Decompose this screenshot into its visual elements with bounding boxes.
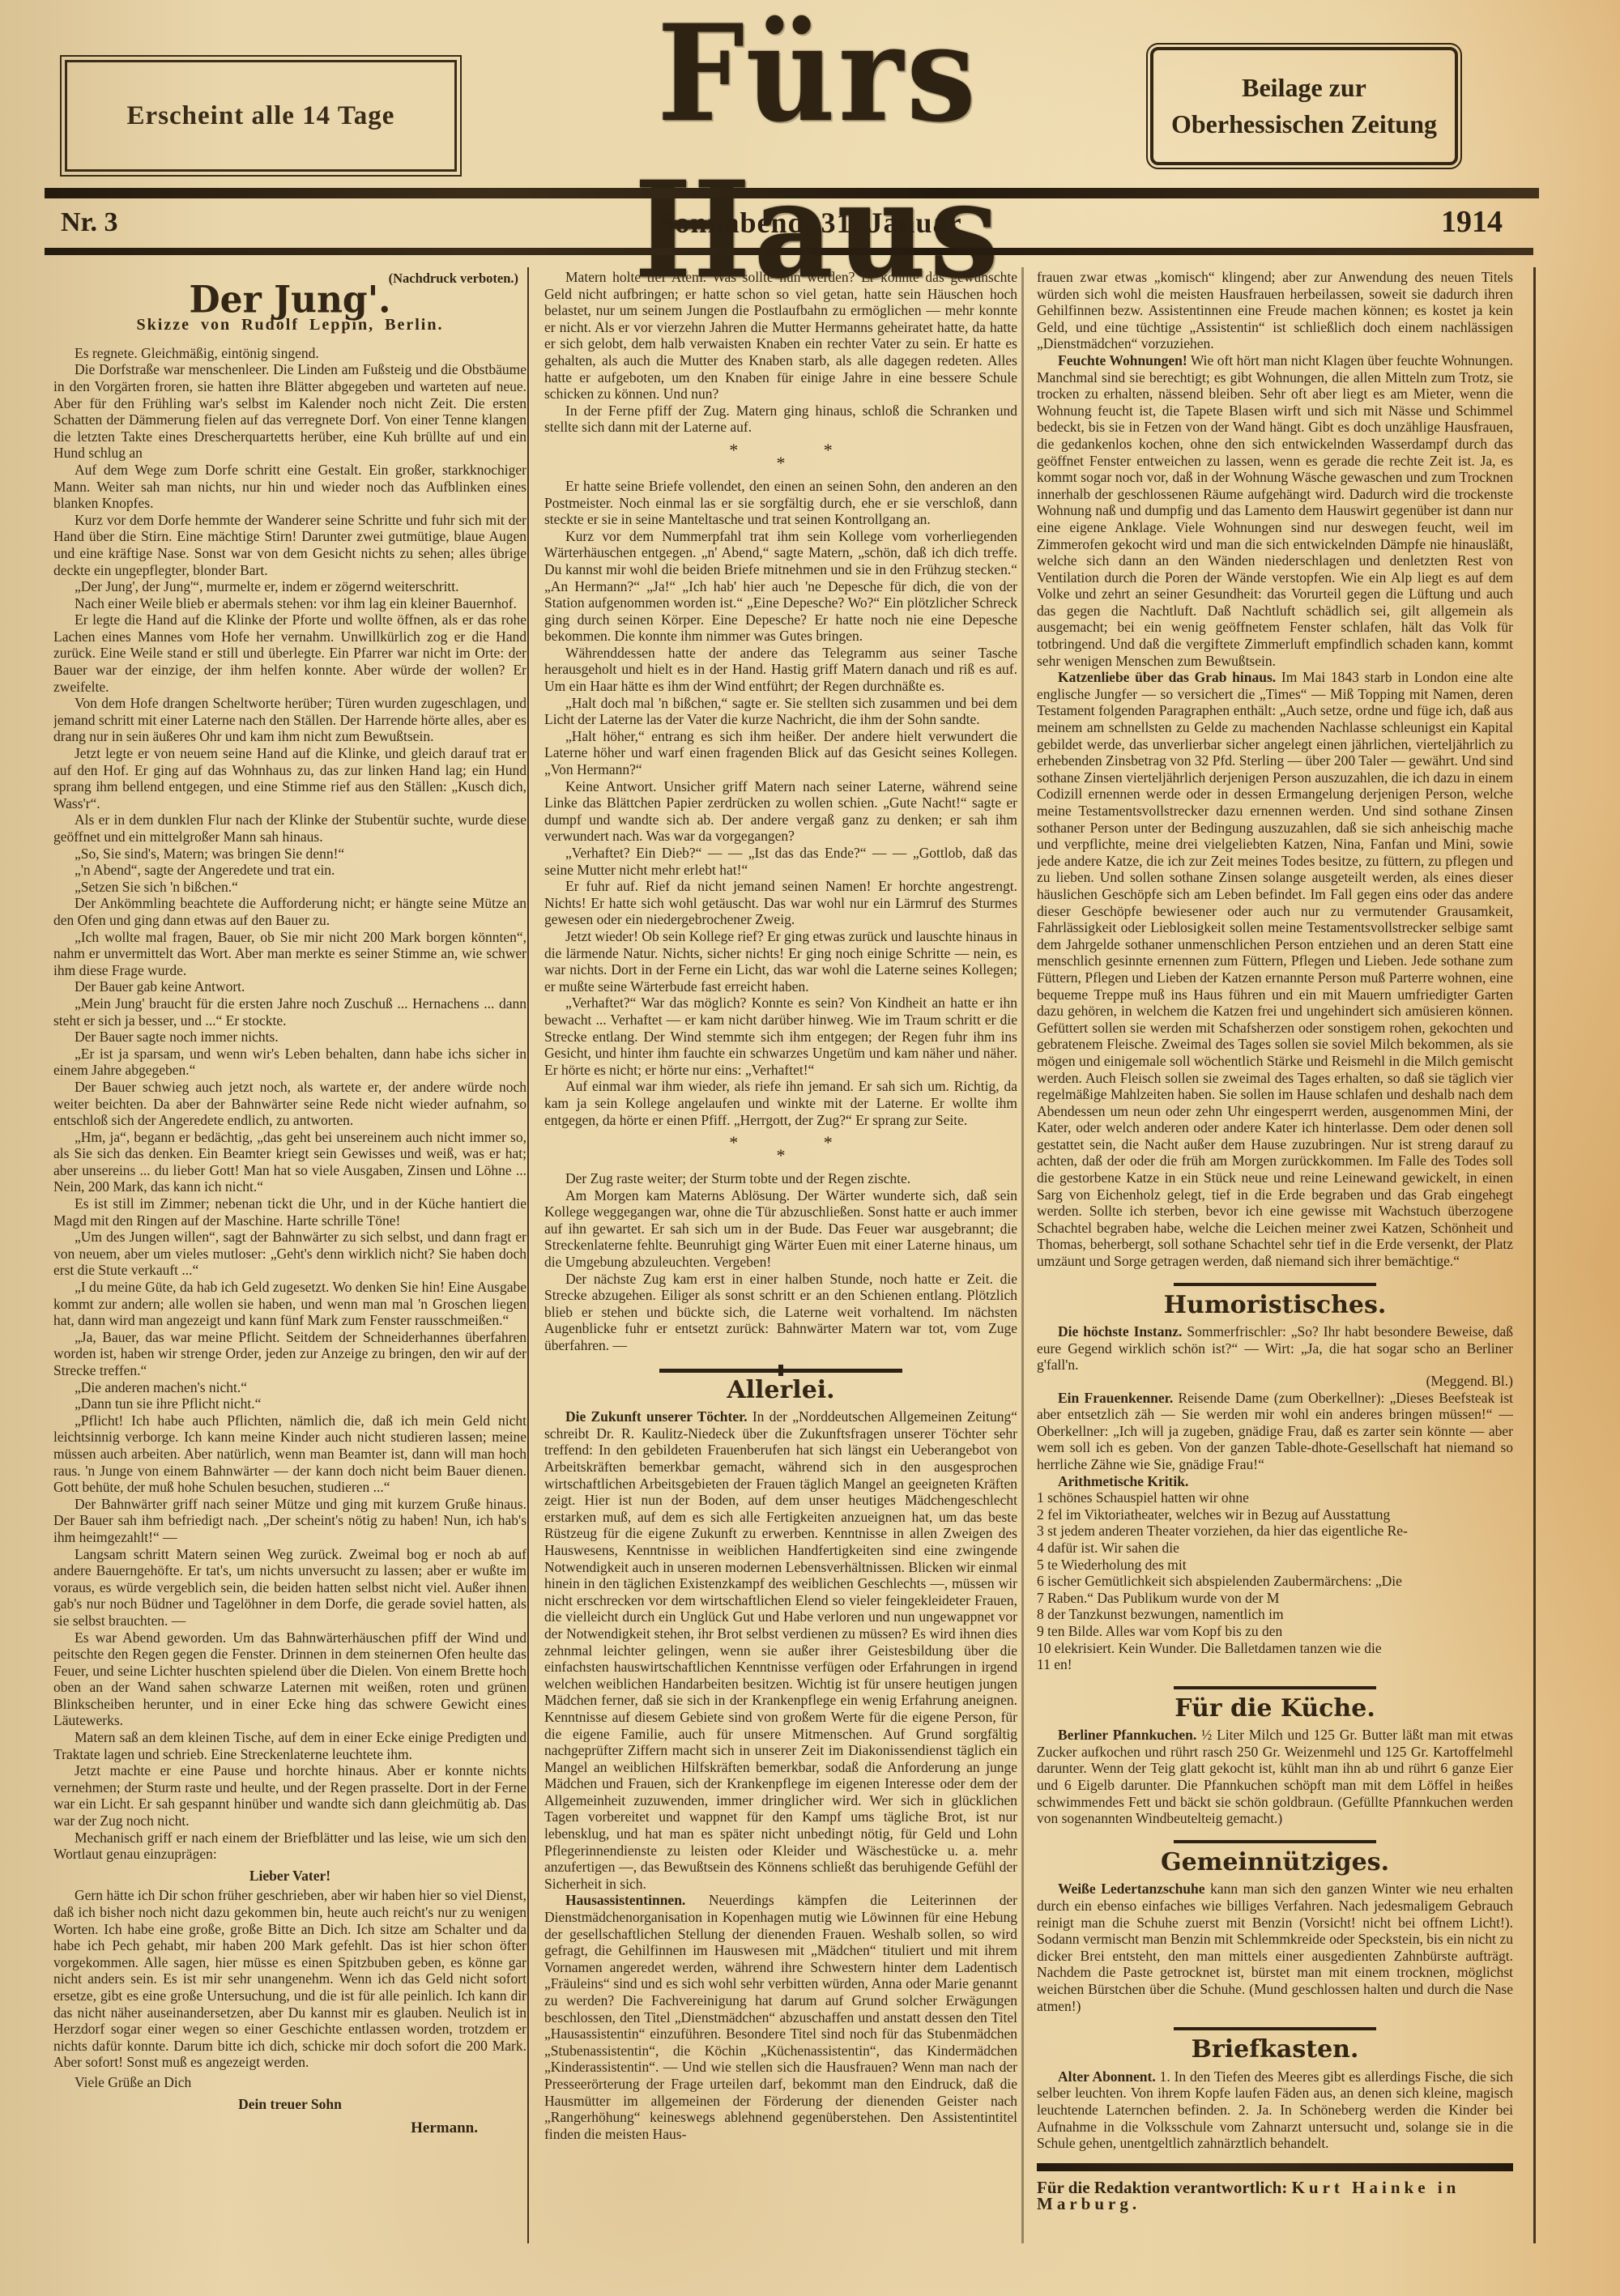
story-paragraph: Er hatte seine Briefe vollendet, den ein… <box>544 478 1017 528</box>
item-lead: Die Zukunft unserer Töchter. <box>565 1408 748 1425</box>
story-paragraph: Am Morgen kam Materns Ablösung. Der Wärt… <box>544 1187 1017 1271</box>
footer-rule <box>1037 2163 1513 2171</box>
letter-salutation: Lieber Vater! <box>53 1868 526 1885</box>
story-paragraph: Es war Abend geworden. Um das Bahnwärter… <box>53 1629 526 1730</box>
kritik-line: 7 Raben.“ Das Publikum wurde von der M <box>1037 1590 1513 1607</box>
page-title: Fürs Haus <box>454 0 1183 308</box>
story-paragraph: Der nächste Zug kam erst in einer halben… <box>544 1271 1017 1354</box>
story-paragraph: Auf einmal war ihm wieder, als riefe ihn… <box>544 1078 1017 1128</box>
asterisk-separator: * ** <box>544 1136 1017 1162</box>
kritik-line: 10 elekrisiert. Kein Wunder. Die Balletd… <box>1037 1640 1513 1657</box>
story-paragraph: Von dem Hofe drangen Scheltworte herüber… <box>53 695 526 745</box>
humor-item: Die höchste Instanz. Sommerfrischler: „S… <box>1037 1323 1513 1374</box>
story-paragraph: „Der Jung', der Jung'“, murmelte er, ind… <box>53 578 526 595</box>
story-paragraph: „'n Abend“, sagte der Angeredete und tra… <box>53 862 526 879</box>
story-paragraph: „Mein Jung' braucht für die ersten Jahre… <box>53 995 526 1029</box>
story-paragraph: Der Ankömmling beachtete die Aufforderun… <box>53 895 526 928</box>
item-text: Neuerdings kämpfen die Leiterinnen der D… <box>544 1892 1017 2141</box>
item-lead: Arithmetische Kritik. <box>1058 1473 1188 1489</box>
story-paragraph: „Er ist ja sparsam, und wenn wir's Leben… <box>53 1046 526 1079</box>
allerlei-item: Hausassistentinnen. Neuerdings kämpfen d… <box>544 1892 1017 2142</box>
kritik-line: 11 en! <box>1037 1656 1513 1673</box>
kritik-line: 8 der Tanzkunst bezwungen, namentlich im <box>1037 1606 1513 1623</box>
story-paragraph: Jetzt legte er von neuem seine Hand auf … <box>53 745 526 811</box>
kritik-line: 5 te Wiederholung des mit <box>1037 1557 1513 1574</box>
story-paragraph: Der Bauer sagte noch immer nichts. <box>53 1029 526 1046</box>
column-separator-right <box>1533 267 1536 2243</box>
masthead-rule-bottom <box>45 248 1533 255</box>
story-paragraph: Kurz vor dem Nummerpfahl trat ihm sein K… <box>544 528 1017 645</box>
allerlei-item: Katzenliebe über das Grab hinaus. Im Mai… <box>1037 669 1513 1269</box>
story-paragraph: „I du meine Güte, da hab ich Geld zugese… <box>53 1279 526 1329</box>
section-heading-humor: Humoristisches. <box>1037 1297 1513 1314</box>
mailbox-item: Alter Abonnent. 1. In den Tiefen des Mee… <box>1037 2068 1513 2152</box>
issue-date: Sonnabend, 31. Januar <box>0 206 1620 240</box>
story-paragraph: „Halt höher,“ entrang es sich ihm heißer… <box>544 728 1017 778</box>
item-text: In der „Norddeutschen Allgemeinen Zeitun… <box>544 1408 1017 1892</box>
item-lead: Berliner Pfannkuchen. <box>1058 1727 1196 1743</box>
story-paragraph: Auf dem Wege zum Dorfe schritt eine Gest… <box>53 462 526 512</box>
story-paragraph: „Verhaftet? Ein Dieb?“ — — „Ist das das … <box>544 845 1017 878</box>
column-3: frauen zwar etwas „komisch“ klingend; ab… <box>1037 269 1513 2276</box>
kritik-line: 4 dafür ist. Wir sahen die <box>1037 1540 1513 1557</box>
item-lead: Die höchste Instanz. <box>1058 1323 1182 1340</box>
item-lead: Alter Abonnent. <box>1058 2068 1156 2085</box>
story-paragraph: „Die anderen machen's nicht.“ <box>53 1379 526 1396</box>
supplement-line2: Oberhessischen Zeitung <box>1171 109 1437 139</box>
story-paragraph: Der Zug raste weiter; der Sturm tobte un… <box>544 1170 1017 1187</box>
story-paragraph: Währenddessen hatte der andere das Teleg… <box>544 645 1017 695</box>
frequency-box: Erscheint alle 14 Tage <box>65 60 457 172</box>
story-paragraph: Er fuhr auf. Rief da nicht jemand seinen… <box>544 878 1017 928</box>
story-paragraph: „Ich wollte mal fragen, Bauer, ob Sie mi… <box>53 929 526 979</box>
story-title: Der Jung'. <box>53 292 526 309</box>
item-lead: Weiße Ledertanzschuhe <box>1058 1881 1205 1897</box>
imprint: Für die Redaktion verantwortlich: Kurt H… <box>1037 2179 1513 2213</box>
attribution: (Meggend. Bl.) <box>1037 1373 1513 1390</box>
section-rule <box>1174 1840 1376 1843</box>
column-1: (Nachdruck verboten.) Der Jung'. Skizze … <box>53 269 526 2276</box>
supplement-box: Beilage zur Oberhessischen Zeitung <box>1150 47 1458 165</box>
newspaper-page: { "masthead": { "frequency_box": "Ersche… <box>0 0 1620 2296</box>
item-lead: Katzenliebe über das Grab hinaus. <box>1058 669 1276 685</box>
item-lead: Feuchte Wohnungen! <box>1058 352 1187 368</box>
humor-item: Ein Frauenkenner. Reisende Dame (zum Obe… <box>1037 1390 1513 1473</box>
supplement-line1: Beilage zur <box>1242 73 1366 103</box>
item-text: kann man sich den ganzen Winter wie neu … <box>1037 1881 1513 2013</box>
issue-year: 1914 <box>1441 204 1503 240</box>
item-lead: Ein Frauenkenner. <box>1058 1390 1173 1406</box>
section-heading-mailbox: Briefkasten. <box>1037 2042 1513 2059</box>
story-paragraph: „So, Sie sind's, Matern; was bringen Sie… <box>53 846 526 863</box>
dateline: Nr. 3 Sonnabend, 31. Januar 1914 <box>0 202 1620 243</box>
story-paragraph: „Verhaftet?“ War das möglich? Konnte es … <box>544 995 1017 1078</box>
story-paragraph: Der Bahnwärter griff nach seiner Mütze u… <box>53 1496 526 1546</box>
story-paragraph: „Halt doch mal 'n bißchen,“ sagte er. Si… <box>544 695 1017 728</box>
letter-closing: Viele Grüße an Dich <box>53 2074 526 2091</box>
letter-block: Lieber Vater! Gern hätte ich Dir schon f… <box>53 1868 526 2137</box>
column-separator-2 <box>1021 267 1024 2243</box>
story-paragraph: Die Dorfstraße war menschenleer. Die Lin… <box>53 361 526 462</box>
story-paragraph: Mechanisch griff er nach einem der Brief… <box>53 1830 526 1863</box>
section-rule <box>659 1369 902 1373</box>
column-separator-1 <box>527 267 529 2243</box>
kritik-line: 1 schönes Schauspiel hatten wir ohne <box>1037 1489 1513 1506</box>
allerlei-item: Feuchte Wohnungen! Wie oft hört man nich… <box>1037 352 1513 669</box>
allerlei-continuation: frauen zwar etwas „komisch“ klingend; ab… <box>1037 269 1513 352</box>
kritik-line: 6 ischer Gemütlichkeit sich abspielenden… <box>1037 1573 1513 1590</box>
story-paragraph: Der Bauer gab keine Antwort. <box>53 978 526 995</box>
kritik-line: 3 st jedem anderen Theater vorziehen, da… <box>1037 1523 1513 1540</box>
kritik-lead: Arithmetische Kritik. <box>1037 1473 1513 1490</box>
letter-signoff: Dein treuer Sohn <box>53 2096 526 2113</box>
section-heading-kitchen: Für die Küche. <box>1037 1701 1513 1718</box>
allerlei-item: Die Zukunft unserer Töchter. In der „Nor… <box>544 1408 1017 1892</box>
item-lead: Hausassistentinnen. <box>565 1892 685 1908</box>
section-rule <box>1174 2027 1376 2030</box>
story-paragraph: „Pflicht! Ich habe auch Pflichten, nämli… <box>53 1412 526 1496</box>
story-paragraph: Nach einer Weile blieb er abermals stehe… <box>53 595 526 612</box>
story-paragraph: „Setzen Sie sich 'n bißchen.“ <box>53 879 526 896</box>
letter-signature: Hermann. <box>53 2120 478 2137</box>
story-paragraph: „Hm, ja“, begann er bedächtig, „das geht… <box>53 1129 526 1195</box>
story-paragraph: Langsam schritt Matern seinen Weg zurück… <box>53 1546 526 1629</box>
frequency-label: Erscheint alle 14 Tage <box>127 101 395 131</box>
story-paragraph: Kurz vor dem Dorfe hemmte der Wanderer s… <box>53 512 526 578</box>
column-2: Matern holte tief Atem. Was sollte nun w… <box>544 269 1017 2276</box>
kritik-line: 9 ten Bilde. Alles war vom Kopf bis zu d… <box>1037 1623 1513 1640</box>
story-paragraph: Jetzt machte er eine Pause und horchte h… <box>53 1762 526 1829</box>
kitchen-item: Berliner Pfannkuchen. ½ Liter Milch und … <box>1037 1727 1513 1827</box>
story-paragraph: Matern holte tief Atem. Was sollte nun w… <box>544 269 1017 403</box>
story-paragraph: Er legte die Hand auf die Klinke der Pfo… <box>53 611 526 695</box>
section-rule <box>1174 1686 1376 1689</box>
item-text: Wie oft hört man nicht Klagen über feuch… <box>1037 352 1513 669</box>
masthead-rule-top <box>45 188 1539 198</box>
item-text: Im Mai 1843 starb in London eine alte en… <box>1037 669 1513 1269</box>
story-paragraph: „Dann tun sie ihre Pflicht nicht.“ <box>53 1395 526 1412</box>
tips-item: Weiße Ledertanzschuhe kann man sich den … <box>1037 1881 1513 2014</box>
story-paragraph: „Um des Jungen willen“, sagt der Bahnwär… <box>53 1229 526 1279</box>
story-paragraph: Es regnete. Gleichmäßig, eintönig singen… <box>53 345 526 362</box>
story-paragraph: Es ist still im Zimmer; nebenan tickt di… <box>53 1195 526 1229</box>
story-paragraph: Jetzt wieder! Ob sein Kollege rief? Er g… <box>544 928 1017 995</box>
kritik-line: 2 fel im Viktoriatheater, welches wir in… <box>1037 1506 1513 1523</box>
section-heading-allerlei: Allerlei. <box>544 1382 1017 1399</box>
section-heading-tips: Gemeinnütziges. <box>1037 1855 1513 1872</box>
letter-body: Gern hätte ich Dir schon früher geschrie… <box>53 1887 526 2071</box>
section-rule <box>1174 1283 1376 1286</box>
story-paragraph: Der Bauer schwieg auch jetzt noch, als w… <box>53 1079 526 1129</box>
story-paragraph: „Ja, Bauer, das war meine Pflicht. Seitd… <box>53 1329 526 1379</box>
story-paragraph: Keine Antwort. Unsicher griff Matern nac… <box>544 778 1017 845</box>
story-paragraph: In der Ferne pfiff der Zug. Matern ging … <box>544 403 1017 436</box>
story-paragraph: Matern saß an dem kleinen Tische, auf de… <box>53 1729 526 1762</box>
story-paragraph: Als er in dem dunklen Flur nach der Klin… <box>53 811 526 845</box>
asterisk-separator: * ** <box>544 444 1017 470</box>
